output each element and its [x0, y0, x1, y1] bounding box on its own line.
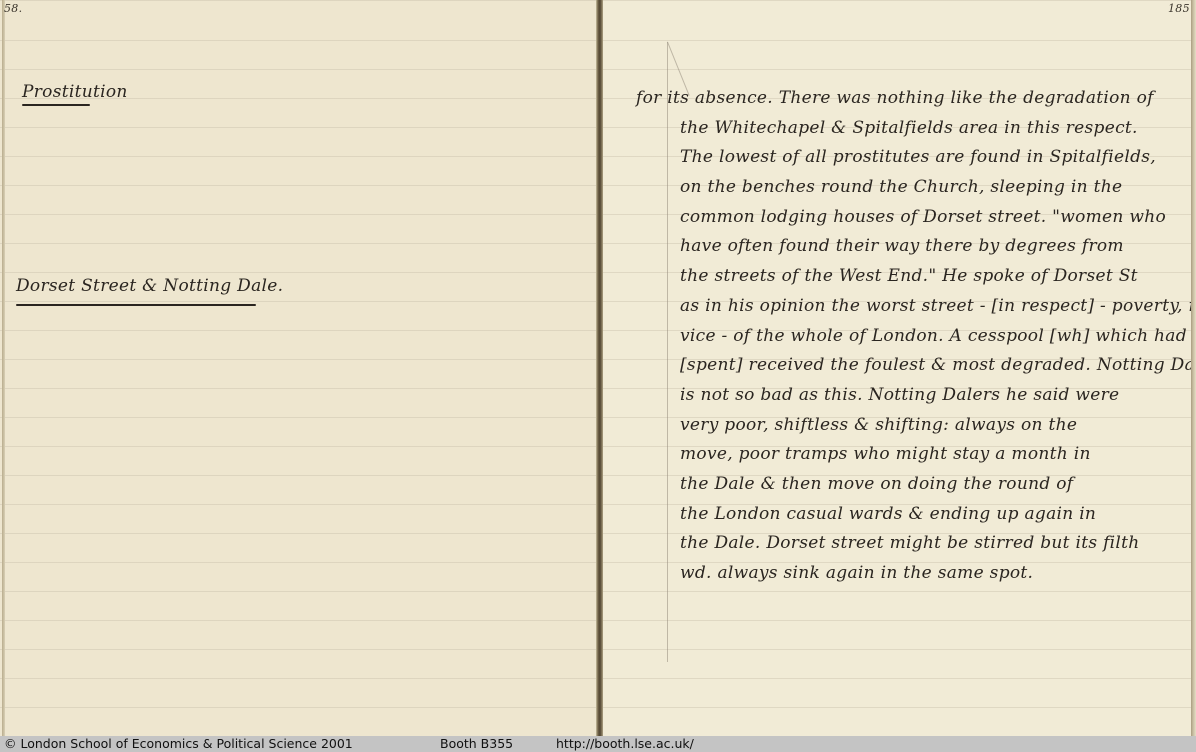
manuscript-line: for its absence. There was nothing like …	[636, 84, 1196, 114]
manuscript-line: vice - of the whole of London. A cesspoo…	[636, 322, 1196, 352]
source-url[interactable]: http://booth.lse.ac.uk/	[556, 736, 694, 752]
left-page-number: 58.	[4, 2, 22, 15]
right-page-number: 185	[1168, 2, 1190, 15]
heading-prostitution: Prostitution	[22, 82, 128, 102]
archive-reference: Booth B355	[440, 736, 513, 752]
notebook-spread: 58. Prostitution Dorset Street & Notting…	[0, 0, 1196, 736]
manuscript-line: the London casual wards & ending up agai…	[636, 500, 1196, 530]
manuscript-line: is not so bad as this. Notting Dalers he…	[636, 381, 1196, 411]
manuscript-line: the streets of the West End." He spoke o…	[636, 262, 1196, 292]
heading-underline	[16, 304, 256, 306]
manuscript-line: very poor, shiftless & shifting: always …	[636, 411, 1196, 441]
copyright-text: © London School of Economics & Political…	[4, 736, 353, 752]
manuscript-line: the Whitechapel & Spitalfields area in t…	[636, 114, 1196, 144]
manuscript-line: the Dale. Dorset street might be stirred…	[636, 529, 1196, 559]
manuscript-line: [spent] received the foulest & most degr…	[636, 351, 1196, 381]
manuscript-line: The lowest of all prostitutes are found …	[636, 143, 1196, 173]
page-edge	[1191, 0, 1196, 736]
manuscript-line: move, poor tramps who might stay a month…	[636, 440, 1196, 470]
manuscript-line: on the benches round the Church, sleepin…	[636, 173, 1196, 203]
left-page: 58. Prostitution Dorset Street & Notting…	[0, 0, 597, 736]
heading-dorset-street-notting-dale: Dorset Street & Notting Dale.	[16, 276, 283, 296]
heading-underline	[22, 104, 90, 106]
manuscript-line: the Dale & then move on doing the round …	[636, 470, 1196, 500]
manuscript-line: as in his opinion the worst street - [in…	[636, 292, 1196, 322]
manuscript-line: wd. always sink again in the same spot.	[636, 559, 1196, 589]
manuscript-body: for its absence. There was nothing like …	[636, 84, 1196, 589]
copyright-footer: © London School of Economics & Political…	[0, 736, 1196, 752]
manuscript-line: have often found their way there by degr…	[636, 232, 1196, 262]
manuscript-line: common lodging houses of Dorset street. …	[636, 203, 1196, 233]
